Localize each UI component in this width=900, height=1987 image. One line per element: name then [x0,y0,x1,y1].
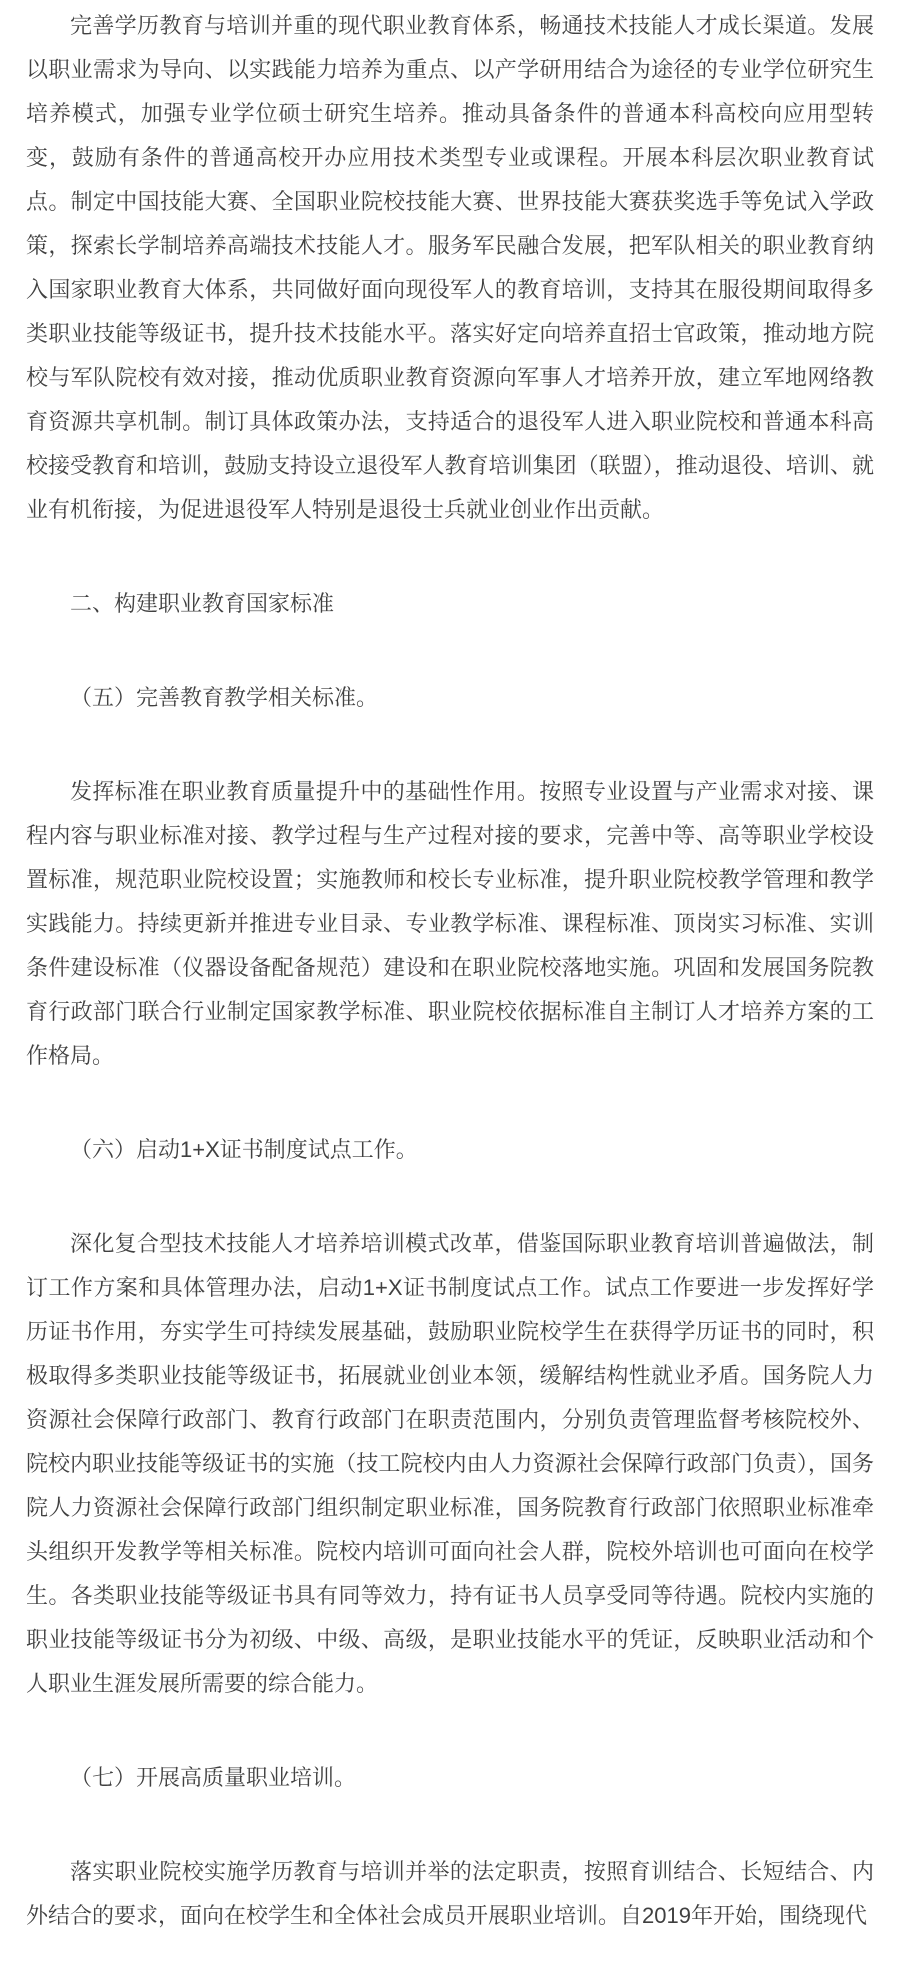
paragraph: 落实职业院校实施学历教育与培训并举的法定职责，按照育训结合、长短结合、内外结合的… [26,1850,874,1938]
section-heading: 二、构建职业教育国家标准 [26,582,874,626]
document-body: 完善学历教育与培训并重的现代职业教育体系，畅通技术技能人才成长渠道。发展以职业需… [0,0,900,1987]
subsection-heading: （六）启动1+X证书制度试点工作。 [26,1128,874,1172]
paragraph: 深化复合型技术技能人才培养培训模式改革，借鉴国际职业教育培训普遍做法，制订工作方… [26,1222,874,1706]
subsection-heading: （七）开展高质量职业培训。 [26,1756,874,1800]
paragraph: 发挥标准在职业教育质量提升中的基础性作用。按照专业设置与产业需求对接、课程内容与… [26,770,874,1078]
subsection-heading: （五）完善教育教学相关标准。 [26,676,874,720]
paragraph: 完善学历教育与培训并重的现代职业教育体系，畅通技术技能人才成长渠道。发展以职业需… [26,4,874,532]
